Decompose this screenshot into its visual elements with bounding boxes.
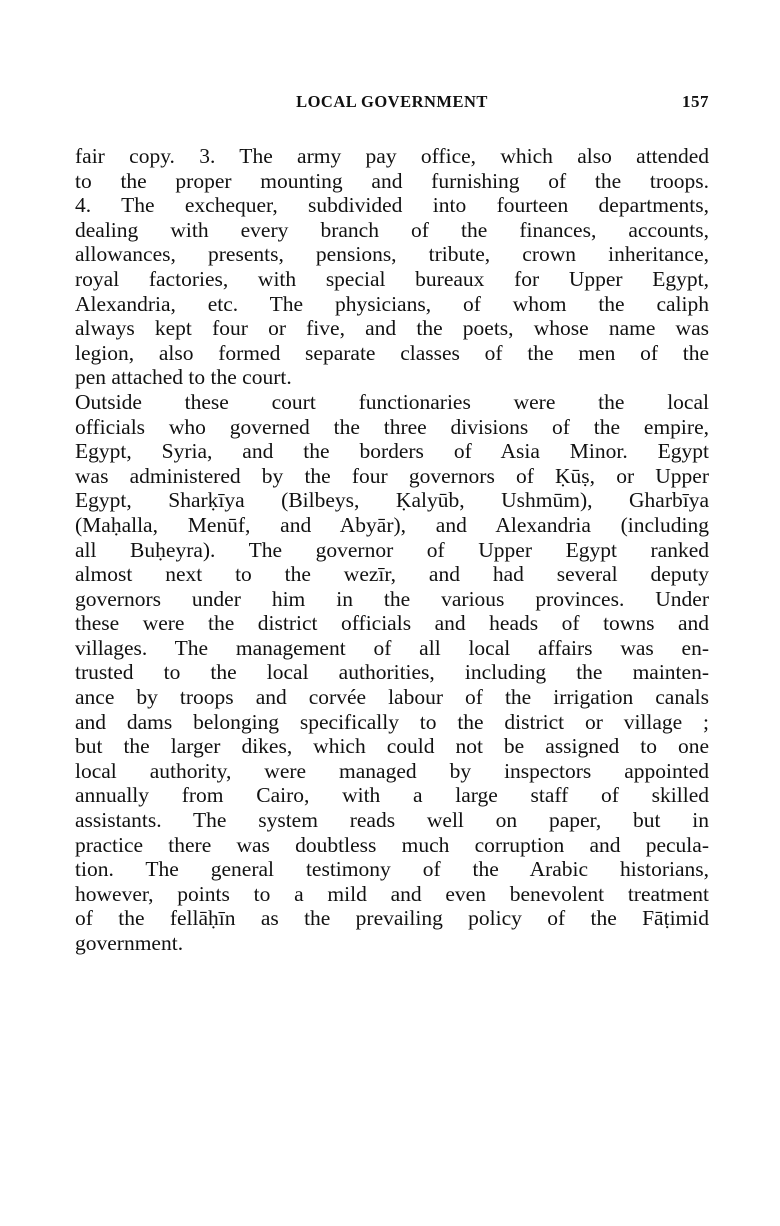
text-line: practice there was doubtless much corrup… [75,833,709,858]
text-line: legion, also formed separate classes of … [75,341,709,366]
text-line: villages. The management of all local af… [75,636,709,661]
running-head-title: LOCAL GOVERNMENT [75,92,709,112]
text-line: local authority, were managed by inspect… [75,759,709,784]
text-line: assistants. The system reads well on pap… [75,808,709,833]
text-line: annually from Cairo, with a large staff … [75,783,709,808]
text-line: Egypt, Sharḳīya (Bilbeys, Ḳalyūb, Ushmūm… [75,488,709,513]
text-line: was administered by the four governors o… [75,464,709,489]
text-line: always kept four or five, and the poets,… [75,316,709,341]
text-line: almost next to the wezīr, and had severa… [75,562,709,587]
text-line: Egypt, Syria, and the borders of Asia Mi… [75,439,709,464]
text-line: Outside these court functionaries were t… [75,390,709,415]
text-line: tion. The general testimony of the Arabi… [75,857,709,882]
body-text: fair copy. 3. The army pay office, which… [75,144,709,956]
book-page: LOCAL GOVERNMENT 157 fair copy. 3. The a… [75,88,709,956]
text-line: officials who governed the three divisio… [75,415,709,440]
text-line: these were the district officials and he… [75,611,709,636]
text-line: to the proper mounting and furnishing of… [75,169,709,194]
text-line: (Maḥalla, Menūf, and Abyār), and Alexand… [75,513,709,538]
text-line: ance by troops and corvée labour of the … [75,685,709,710]
text-line: government. [75,931,709,956]
text-line: however, points to a mild and even benev… [75,882,709,907]
running-head: LOCAL GOVERNMENT 157 [75,88,709,118]
text-line: and dams belonging specifically to the d… [75,710,709,735]
text-line: governors under him in the various provi… [75,587,709,612]
text-line: 4. The exchequer, subdivided into fourte… [75,193,709,218]
text-line: all Buḥeyra). The governor of Upper Egyp… [75,538,709,563]
text-line: pen attached to the court. [75,365,709,390]
text-line: trusted to the local authorities, includ… [75,660,709,685]
text-line: fair copy. 3. The army pay office, which… [75,144,709,169]
text-line: dealing with every branch of the finance… [75,218,709,243]
text-line: Alexandria, etc. The physicians, of whom… [75,292,709,317]
page-number: 157 [682,92,709,112]
text-line: royal factories, with special bureaux fo… [75,267,709,292]
text-line: of the fellāḥīn as the prevailing policy… [75,906,709,931]
text-line: allowances, presents, pensions, tribute,… [75,242,709,267]
text-line: but the larger dikes, which could not be… [75,734,709,759]
